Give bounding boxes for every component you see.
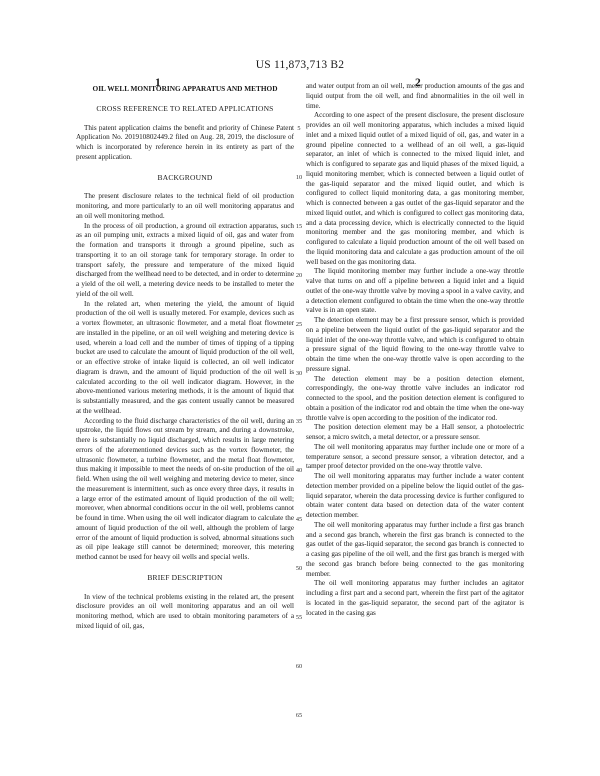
line-number: 45 bbox=[292, 516, 306, 523]
line-number: 30 bbox=[292, 370, 306, 377]
section-heading-cross-reference: CROSS REFERENCE TO RELATED APPLICATIONS bbox=[76, 104, 294, 114]
paragraph: In the related art, when metering the yi… bbox=[76, 300, 294, 417]
paragraph: According to one aspect of the present d… bbox=[306, 111, 524, 267]
line-number: 15 bbox=[292, 223, 306, 230]
section-heading-brief-description: BRIEF DESCRIPTION bbox=[76, 573, 294, 583]
right-column: and water output from an oil well, meter… bbox=[306, 82, 524, 618]
line-number: 25 bbox=[292, 321, 306, 328]
line-number: 20 bbox=[292, 272, 306, 279]
paragraph: According to the fluid discharge charact… bbox=[76, 417, 294, 563]
line-number: 50 bbox=[292, 565, 306, 572]
paragraph: The oil well monitoring apparatus may fu… bbox=[306, 521, 524, 580]
document-title: OIL WELL MONITORING APPARATUS AND METHOD bbox=[76, 84, 294, 94]
left-column: OIL WELL MONITORING APPARATUS AND METHOD… bbox=[76, 84, 294, 632]
line-number: 10 bbox=[292, 174, 306, 181]
paragraph: The oil well monitoring apparatus may fu… bbox=[306, 443, 524, 472]
paragraph: The position detection element may be a … bbox=[306, 423, 524, 443]
line-number: 55 bbox=[292, 614, 306, 621]
paragraph: In the process of oil production, a grou… bbox=[76, 222, 294, 300]
line-number: 60 bbox=[292, 663, 306, 670]
section-heading-background: BACKGROUND bbox=[76, 173, 294, 183]
paragraph: This patent application claims the benef… bbox=[76, 124, 294, 163]
paragraph: and water output from an oil well, meter… bbox=[306, 82, 524, 111]
paragraph: The oil well monitoring apparatus may fu… bbox=[306, 579, 524, 618]
line-number: 40 bbox=[292, 467, 306, 474]
patent-number: US 11,873,713 B2 bbox=[0, 59, 600, 71]
line-number: 65 bbox=[292, 712, 306, 719]
paragraph: The present disclosure relates to the te… bbox=[76, 192, 294, 221]
line-number: 5 bbox=[292, 125, 306, 132]
paragraph: The oil well monitoring apparatus may fu… bbox=[306, 472, 524, 521]
paragraph: In view of the technical problems existi… bbox=[76, 593, 294, 632]
paragraph: The detection element may be a first pre… bbox=[306, 316, 524, 375]
paragraph: The detection element may be a position … bbox=[306, 375, 524, 424]
line-number: 35 bbox=[292, 418, 306, 425]
paragraph: The liquid monitoring member may further… bbox=[306, 267, 524, 316]
